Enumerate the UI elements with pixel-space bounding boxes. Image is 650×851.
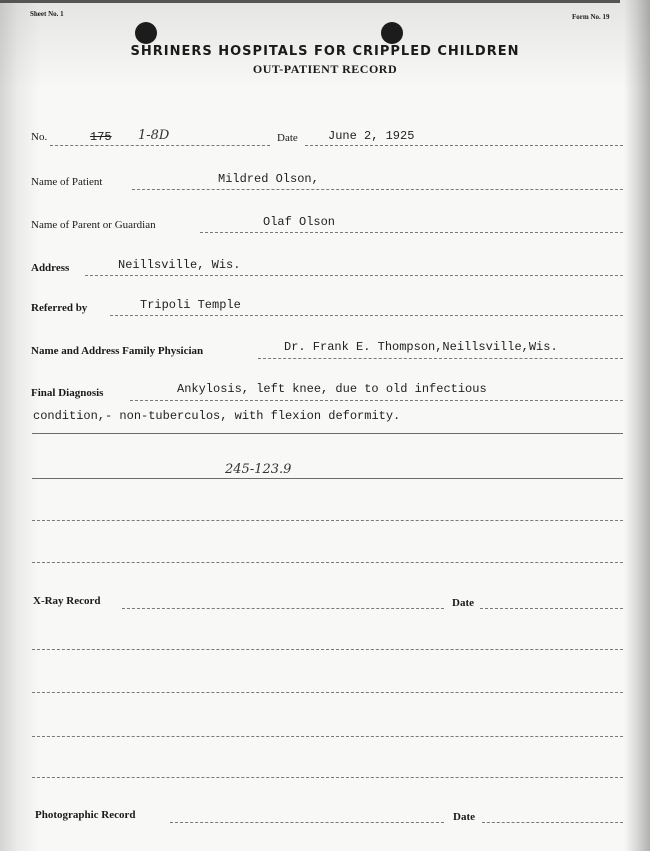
date-value: June 2, 1925 bbox=[328, 129, 414, 143]
record-type-title: OUT-PATIENT RECORD bbox=[0, 62, 650, 77]
xray-underline bbox=[122, 608, 444, 609]
address-underline bbox=[85, 275, 623, 276]
blank-line-4 bbox=[32, 649, 623, 650]
xray-date-underline bbox=[480, 608, 623, 609]
photo-date-label: Date bbox=[453, 811, 475, 823]
patient-underline bbox=[132, 189, 623, 190]
photo-date-underline bbox=[482, 822, 623, 823]
sheet-number: Sheet No. 1 bbox=[30, 10, 64, 18]
binder-hole-icon bbox=[135, 22, 157, 44]
blank-line-7 bbox=[32, 777, 623, 778]
address-value: Neillsville, Wis. bbox=[118, 258, 240, 272]
physician-label: Name and Address Family Physician bbox=[31, 345, 203, 357]
diagnosis-code-handwritten: 245-123.9 bbox=[225, 462, 291, 477]
institution-title: Shriners Hospitals for Crippled Children bbox=[0, 44, 650, 59]
binder-hole-icon bbox=[381, 22, 403, 44]
photographic-record-label: Photographic Record bbox=[35, 809, 136, 821]
top-edge bbox=[0, 0, 620, 3]
referred-value: Tripoli Temple bbox=[140, 298, 241, 312]
no-value-handwritten: 1-8D bbox=[138, 128, 169, 143]
diagnosis-line-2: condition,- non-tuberculos, with flexion… bbox=[33, 409, 400, 423]
guardian-value: Olaf Olson bbox=[263, 215, 335, 229]
blank-line-3 bbox=[32, 562, 623, 563]
date-label: Date bbox=[277, 132, 298, 144]
blank-line-1 bbox=[32, 478, 623, 479]
diagnosis-label: Final Diagnosis bbox=[31, 387, 103, 399]
xray-record-label: X-Ray Record bbox=[33, 595, 101, 607]
physician-value: Dr. Frank E. Thompson,Neillsville,Wis. bbox=[284, 340, 558, 354]
blank-line-2 bbox=[32, 520, 623, 521]
form-number: Form No. 19 bbox=[572, 13, 610, 21]
referred-label: Referred by bbox=[31, 302, 87, 314]
referred-underline bbox=[110, 315, 623, 316]
blank-line-6 bbox=[32, 736, 623, 737]
diagnosis-underline-2 bbox=[32, 433, 623, 434]
guardian-underline bbox=[200, 232, 623, 233]
no-label: No. bbox=[31, 131, 47, 143]
diagnosis-underline-1 bbox=[130, 400, 623, 401]
patient-value: Mildred Olson, bbox=[218, 172, 319, 186]
date-underline bbox=[305, 145, 623, 146]
blank-line-5 bbox=[32, 692, 623, 693]
xray-date-label: Date bbox=[452, 597, 474, 609]
diagnosis-line-1: Ankylosis, left knee, due to old infecti… bbox=[177, 382, 487, 396]
photo-underline bbox=[170, 822, 444, 823]
guardian-label: Name of Parent or Guardian bbox=[31, 219, 156, 231]
address-label: Address bbox=[31, 262, 69, 274]
physician-underline bbox=[258, 358, 623, 359]
no-underline bbox=[50, 145, 270, 146]
no-value-struck: 175 bbox=[90, 130, 112, 144]
patient-label: Name of Patient bbox=[31, 176, 102, 188]
outpatient-record-sheet: Sheet No. 1 Form No. 19 Shriners Hospita… bbox=[0, 0, 650, 851]
